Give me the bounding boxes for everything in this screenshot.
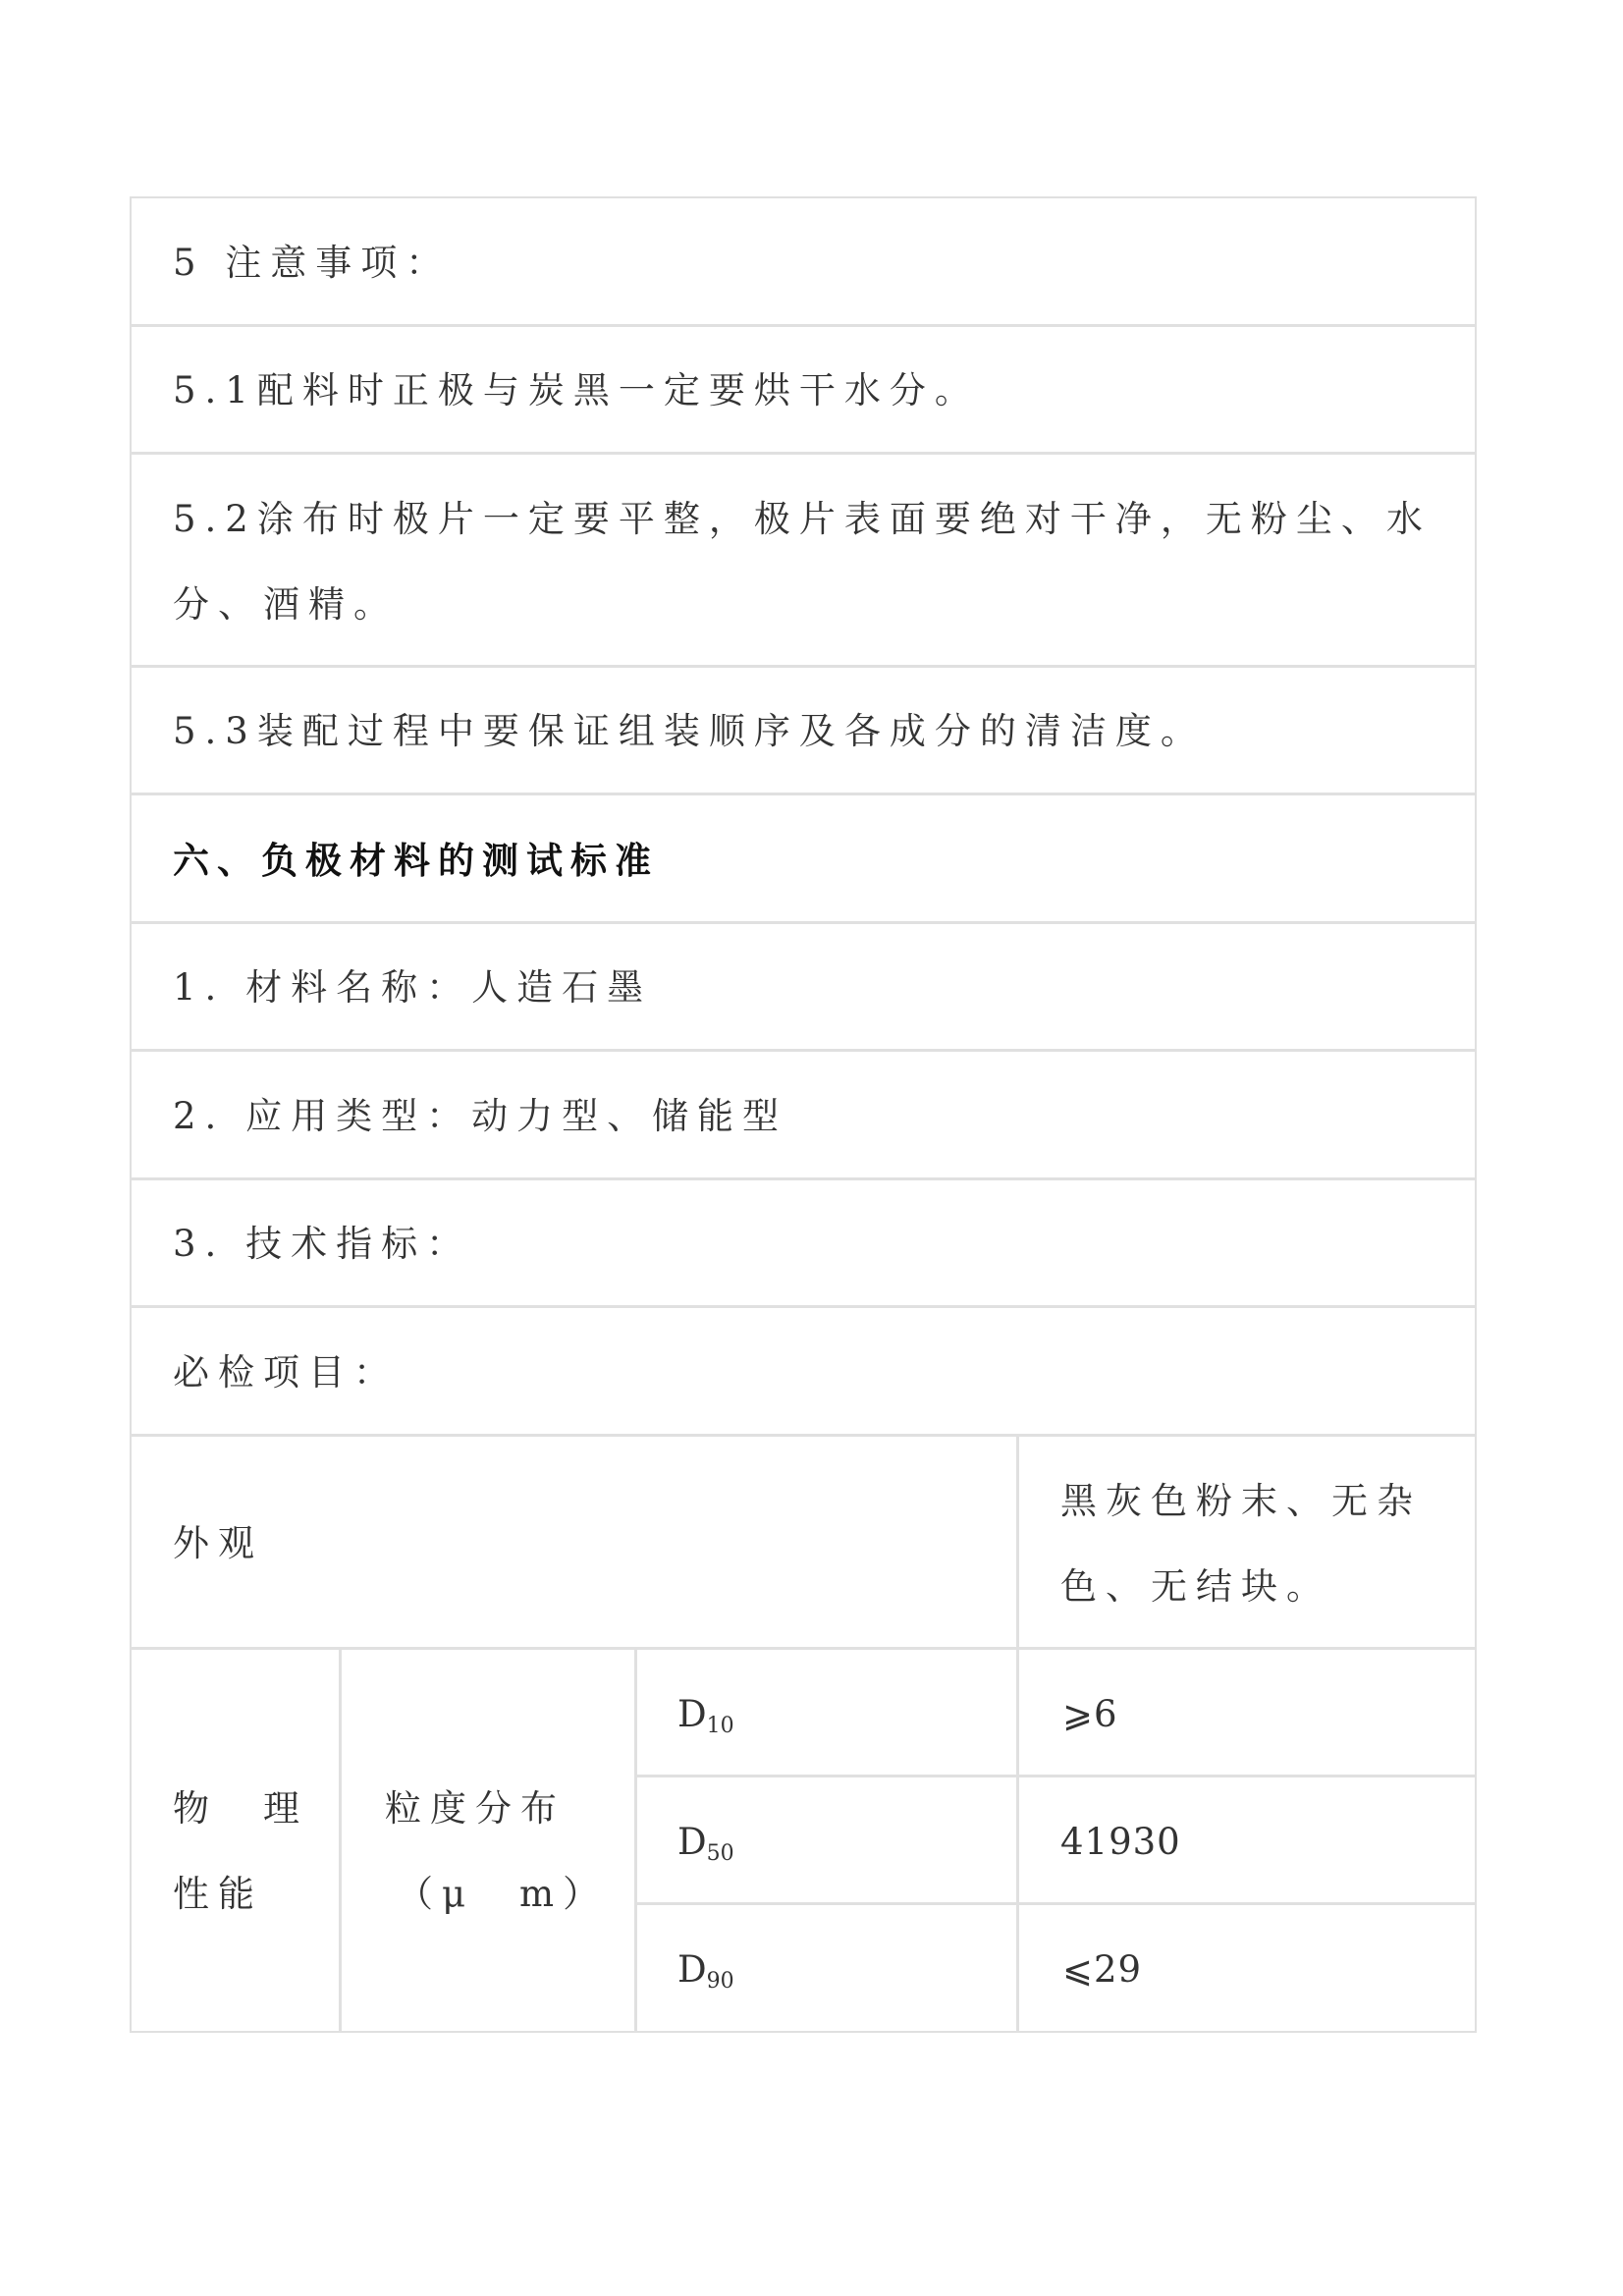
technical-specs: 3. 技术指标： — [173, 1223, 471, 1266]
appearance-value-cell — [1017, 1435, 1477, 1649]
application-type: 2. 应用类型：动力型、储能型 — [173, 1095, 787, 1138]
d90-value: ⩽29 — [1062, 1948, 1142, 1992]
particle-size-unit: （μ m） — [397, 1873, 608, 1916]
appearance-value-line1: 黑灰色粉末、无杂 — [1060, 1480, 1422, 1523]
physical-category-line1: 物 理 — [173, 1787, 308, 1831]
appearance-label: 外观 — [173, 1522, 263, 1565]
material-name: 1. 材料名称：人造石墨 — [173, 966, 652, 1010]
particle-size-line1: 粒度分布 — [385, 1787, 566, 1831]
d10-label: D10 — [677, 1693, 734, 1748]
appearance-value-line2: 色、无结块。 — [1060, 1565, 1331, 1609]
note-5-1: 5.1配料时正极与炭黑一定要烘干水分。 — [173, 369, 980, 412]
note-5-2-line1: 5.2涂布时极片一定要平整，极片表面要绝对干净，无粉尘、水 — [173, 498, 1432, 541]
physical-category-line2: 性能 — [173, 1873, 263, 1916]
particle-size-cell — [340, 1648, 636, 2033]
d10-value: ⩾6 — [1062, 1693, 1118, 1736]
note-5-2-line2: 分、酒精。 — [173, 583, 399, 627]
notes-heading: 5 注意事项： — [173, 242, 451, 285]
d90-label: D90 — [677, 1948, 734, 2003]
d50-label: D50 — [677, 1821, 734, 1876]
required-items: 必检项目： — [173, 1351, 399, 1394]
d50-value: 41930 — [1060, 1821, 1181, 1864]
note-5-3: 5.3装配过程中要保证组装顺序及各成分的清洁度。 — [173, 710, 1206, 753]
row-note-5-2 — [130, 453, 1477, 667]
document-page: 5 注意事项： 5.1配料时正极与炭黑一定要烘干水分。 5.2涂布时极片一定要平… — [0, 0, 1623, 2296]
physical-category-cell — [130, 1648, 341, 2033]
section-six-heading: 六、负极材料的测试标准 — [173, 839, 659, 882]
